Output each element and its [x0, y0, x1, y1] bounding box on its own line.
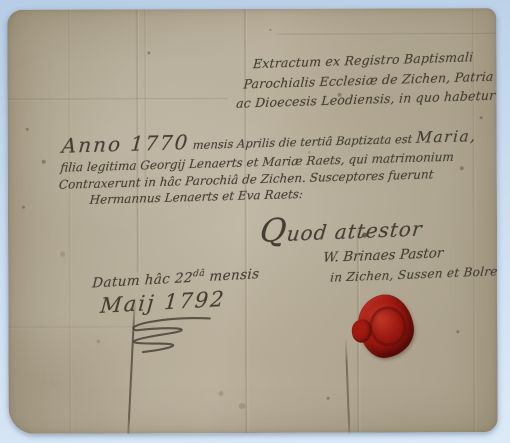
fold-crease — [67, 10, 72, 434]
stain — [42, 160, 46, 164]
document-paper: Extractum ex Registro Baptismali Parochi… — [7, 8, 497, 434]
pastor-signature: W. Brinaes Pastor — [322, 245, 443, 266]
photo-background: Extractum ex Registro Baptismali Parochi… — [0, 0, 510, 443]
fold-crease — [8, 97, 228, 101]
date-superscript: dâ — [193, 269, 206, 280]
stain — [147, 51, 150, 54]
stain — [22, 206, 25, 209]
stain — [239, 403, 246, 409]
date-prefix: Datum hâc 22 — [92, 270, 194, 292]
stain — [96, 340, 100, 344]
record-year: Anno 1770 — [61, 130, 190, 158]
pen-flourish — [106, 313, 220, 359]
stain — [327, 397, 330, 400]
baptized-name: Maria, — [415, 127, 477, 147]
paper-crack — [345, 339, 351, 434]
stain — [60, 252, 65, 257]
stain — [456, 330, 459, 333]
red-wax-seal — [355, 291, 417, 360]
record-body: Anno 1770 mensis Aprilis die tertiâ Bapt… — [57, 124, 478, 209]
date-suffix: mensis — [209, 266, 260, 285]
date-line: Datum hâc 22dâ mensis — [92, 266, 260, 292]
stain — [269, 29, 271, 31]
fold-crease — [276, 32, 496, 36]
stain — [26, 128, 29, 131]
header-block: Extractum ex Registro Baptismali Parochi… — [235, 46, 497, 113]
stain — [219, 391, 224, 396]
attestation-line: Quod attestor — [258, 205, 425, 249]
stain — [480, 116, 483, 119]
record-text: mensis Aprilis die tertiâ Baptizata est — [192, 132, 413, 152]
